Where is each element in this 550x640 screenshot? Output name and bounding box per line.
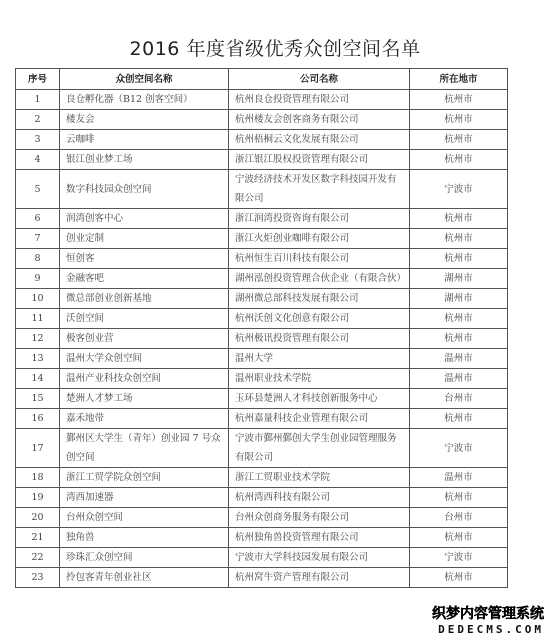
cell-no: 22 [16, 548, 60, 568]
cell-city: 台州市 [410, 389, 508, 409]
cell-company-name: 玉环县楚洲人才科技创新服务中心 [229, 389, 410, 409]
cell-city: 宁波市 [410, 170, 508, 209]
cell-city: 宁波市 [410, 429, 508, 468]
cell-space-name: 湾西加速器 [60, 488, 229, 508]
cell-no: 23 [16, 568, 60, 588]
table-row: 20台州众创空间台州众创商务服务有限公司台州市 [16, 508, 508, 528]
cell-no: 4 [16, 150, 60, 170]
cell-city: 杭州市 [410, 229, 508, 249]
cell-space-name: 恒创客 [60, 249, 229, 269]
cell-no: 6 [16, 209, 60, 229]
cell-company-name: 宁波市鄞州鄞创大学生创业园管理服务有限公司 [229, 429, 410, 468]
cell-city: 杭州市 [410, 409, 508, 429]
cell-company-name: 湖州微总部科技发展有限公司 [229, 289, 410, 309]
cell-no: 19 [16, 488, 60, 508]
table-row: 18浙江工贸学院众创空间浙江工贸职业技术学院温州市 [16, 468, 508, 488]
table-row: 8恒创客杭州恒生百川科技有限公司杭州市 [16, 249, 508, 269]
cell-no: 10 [16, 289, 60, 309]
cell-space-name: 极客创业营 [60, 329, 229, 349]
cell-company-name: 杭州恒生百川科技有限公司 [229, 249, 410, 269]
cell-city: 温州市 [410, 369, 508, 389]
cell-space-name: 台州众创空间 [60, 508, 229, 528]
cell-city: 杭州市 [410, 110, 508, 130]
cell-company-name: 浙江润湾投资咨询有限公司 [229, 209, 410, 229]
cell-city: 杭州市 [410, 528, 508, 548]
table-row: 19湾西加速器杭州湾西科技有限公司杭州市 [16, 488, 508, 508]
cell-company-name: 宁波市大学科技园发展有限公司 [229, 548, 410, 568]
cell-space-name: 嘉禾地带 [60, 409, 229, 429]
header-company-name: 公司名称 [229, 69, 410, 90]
cell-company-name: 杭州沃创文化创意有限公司 [229, 309, 410, 329]
cell-city: 杭州市 [410, 209, 508, 229]
cell-space-name: 微总部创业创新基地 [60, 289, 229, 309]
cell-no: 14 [16, 369, 60, 389]
page-title: 2016 年度省级优秀众创空间名单 [0, 34, 550, 61]
cell-space-name: 鄞州区大学生（青年）创业园 7 号众创空间 [60, 429, 229, 468]
cell-city: 杭州市 [410, 150, 508, 170]
cell-no: 12 [16, 329, 60, 349]
cell-city: 杭州市 [410, 309, 508, 329]
table-row: 16嘉禾地带杭州嘉量科技企业管理有限公司杭州市 [16, 409, 508, 429]
cell-company-name: 杭州窝牛资产管理有限公司 [229, 568, 410, 588]
cell-company-name: 宁波经济技术开发区数字科技园开发有限公司 [229, 170, 410, 209]
cell-space-name: 润湾创客中心 [60, 209, 229, 229]
cell-company-name: 湖州泓创投资管理合伙企业（有限合伙） [229, 269, 410, 289]
cell-company-name: 浙江工贸职业技术学院 [229, 468, 410, 488]
cell-no: 13 [16, 349, 60, 369]
cell-no: 7 [16, 229, 60, 249]
cell-space-name: 沃创空间 [60, 309, 229, 329]
cell-company-name: 杭州极讯投资管理有限公司 [229, 329, 410, 349]
cell-company-name: 台州众创商务服务有限公司 [229, 508, 410, 528]
cell-city: 杭州市 [410, 488, 508, 508]
cell-no: 8 [16, 249, 60, 269]
cell-company-name: 浙江银江股权投资管理有限公司 [229, 150, 410, 170]
cell-city: 温州市 [410, 349, 508, 369]
cell-no: 15 [16, 389, 60, 409]
cell-city: 湖州市 [410, 289, 508, 309]
cell-space-name: 浙江工贸学院众创空间 [60, 468, 229, 488]
cell-city: 杭州市 [410, 568, 508, 588]
cell-company-name: 杭州独角兽投资管理有限公司 [229, 528, 410, 548]
table-row: 5数字科技园众创空间宁波经济技术开发区数字科技园开发有限公司宁波市 [16, 170, 508, 209]
cell-space-name: 银江创业梦工场 [60, 150, 229, 170]
cell-space-name: 拎包客青年创业社区 [60, 568, 229, 588]
cell-company-name: 杭州湾西科技有限公司 [229, 488, 410, 508]
cell-no: 9 [16, 269, 60, 289]
cell-city: 湖州市 [410, 269, 508, 289]
incubator-list-table: 序号 众创空间名称 公司名称 所在地市 1良仓孵化器（B12 创客空间）杭州良仓… [15, 68, 508, 588]
cell-company-name: 浙江火炬创业咖啡有限公司 [229, 229, 410, 249]
cell-company-name: 杭州嘉量科技企业管理有限公司 [229, 409, 410, 429]
header-city: 所在地市 [410, 69, 508, 90]
watermark: 织梦内容管理系统 DEDECMS.COM [432, 603, 544, 636]
cell-no: 20 [16, 508, 60, 528]
table-header-row: 序号 众创空间名称 公司名称 所在地市 [16, 69, 508, 90]
table-row: 1良仓孵化器（B12 创客空间）杭州良仓投资管理有限公司杭州市 [16, 90, 508, 110]
cell-company-name: 杭州良仓投资管理有限公司 [229, 90, 410, 110]
cell-no: 16 [16, 409, 60, 429]
cell-space-name: 独角兽 [60, 528, 229, 548]
cell-city: 杭州市 [410, 130, 508, 150]
cell-city: 宁波市 [410, 548, 508, 568]
table-row: 2楼友会杭州楼友会创客商务有限公司杭州市 [16, 110, 508, 130]
cell-space-name: 温州大学众创空间 [60, 349, 229, 369]
table-row: 17鄞州区大学生（青年）创业园 7 号众创空间宁波市鄞州鄞创大学生创业园管理服务… [16, 429, 508, 468]
table-row: 9金融客吧湖州泓创投资管理合伙企业（有限合伙）湖州市 [16, 269, 508, 289]
table-row: 22珍珠汇众创空间宁波市大学科技园发展有限公司宁波市 [16, 548, 508, 568]
cell-no: 21 [16, 528, 60, 548]
cell-space-name: 数字科技园众创空间 [60, 170, 229, 209]
watermark-cn: 织梦内容管理系统 [432, 603, 544, 623]
cell-no: 17 [16, 429, 60, 468]
cell-space-name: 云咖啡 [60, 130, 229, 150]
table-row: 21独角兽杭州独角兽投资管理有限公司杭州市 [16, 528, 508, 548]
cell-space-name: 温州产业科技众创空间 [60, 369, 229, 389]
cell-city: 杭州市 [410, 90, 508, 110]
cell-no: 2 [16, 110, 60, 130]
table-row: 3云咖啡杭州梧桐云文化发展有限公司杭州市 [16, 130, 508, 150]
watermark-en: DEDECMS.COM [432, 623, 544, 636]
cell-no: 11 [16, 309, 60, 329]
cell-space-name: 良仓孵化器（B12 创客空间） [60, 90, 229, 110]
cell-space-name: 楼友会 [60, 110, 229, 130]
table-row: 23拎包客青年创业社区杭州窝牛资产管理有限公司杭州市 [16, 568, 508, 588]
cell-city: 温州市 [410, 468, 508, 488]
cell-no: 18 [16, 468, 60, 488]
cell-company-name: 杭州楼友会创客商务有限公司 [229, 110, 410, 130]
cell-space-name: 珍珠汇众创空间 [60, 548, 229, 568]
cell-company-name: 温州大学 [229, 349, 410, 369]
cell-no: 1 [16, 90, 60, 110]
table-row: 4银江创业梦工场浙江银江股权投资管理有限公司杭州市 [16, 150, 508, 170]
table-row: 12极客创业营杭州极讯投资管理有限公司杭州市 [16, 329, 508, 349]
table-row: 14温州产业科技众创空间温州职业技术学院温州市 [16, 369, 508, 389]
table-row: 6润湾创客中心浙江润湾投资咨询有限公司杭州市 [16, 209, 508, 229]
cell-city: 杭州市 [410, 249, 508, 269]
cell-no: 3 [16, 130, 60, 150]
cell-space-name: 楚洲人才梦工场 [60, 389, 229, 409]
cell-space-name: 创业定制 [60, 229, 229, 249]
header-space-name: 众创空间名称 [60, 69, 229, 90]
cell-city: 杭州市 [410, 329, 508, 349]
cell-company-name: 温州职业技术学院 [229, 369, 410, 389]
cell-company-name: 杭州梧桐云文化发展有限公司 [229, 130, 410, 150]
cell-space-name: 金融客吧 [60, 269, 229, 289]
header-no: 序号 [16, 69, 60, 90]
cell-no: 5 [16, 170, 60, 209]
cell-city: 台州市 [410, 508, 508, 528]
table-row: 10微总部创业创新基地湖州微总部科技发展有限公司湖州市 [16, 289, 508, 309]
table-row: 7创业定制浙江火炬创业咖啡有限公司杭州市 [16, 229, 508, 249]
table-row: 13温州大学众创空间温州大学温州市 [16, 349, 508, 369]
table-row: 11沃创空间杭州沃创文化创意有限公司杭州市 [16, 309, 508, 329]
table-row: 15楚洲人才梦工场玉环县楚洲人才科技创新服务中心台州市 [16, 389, 508, 409]
